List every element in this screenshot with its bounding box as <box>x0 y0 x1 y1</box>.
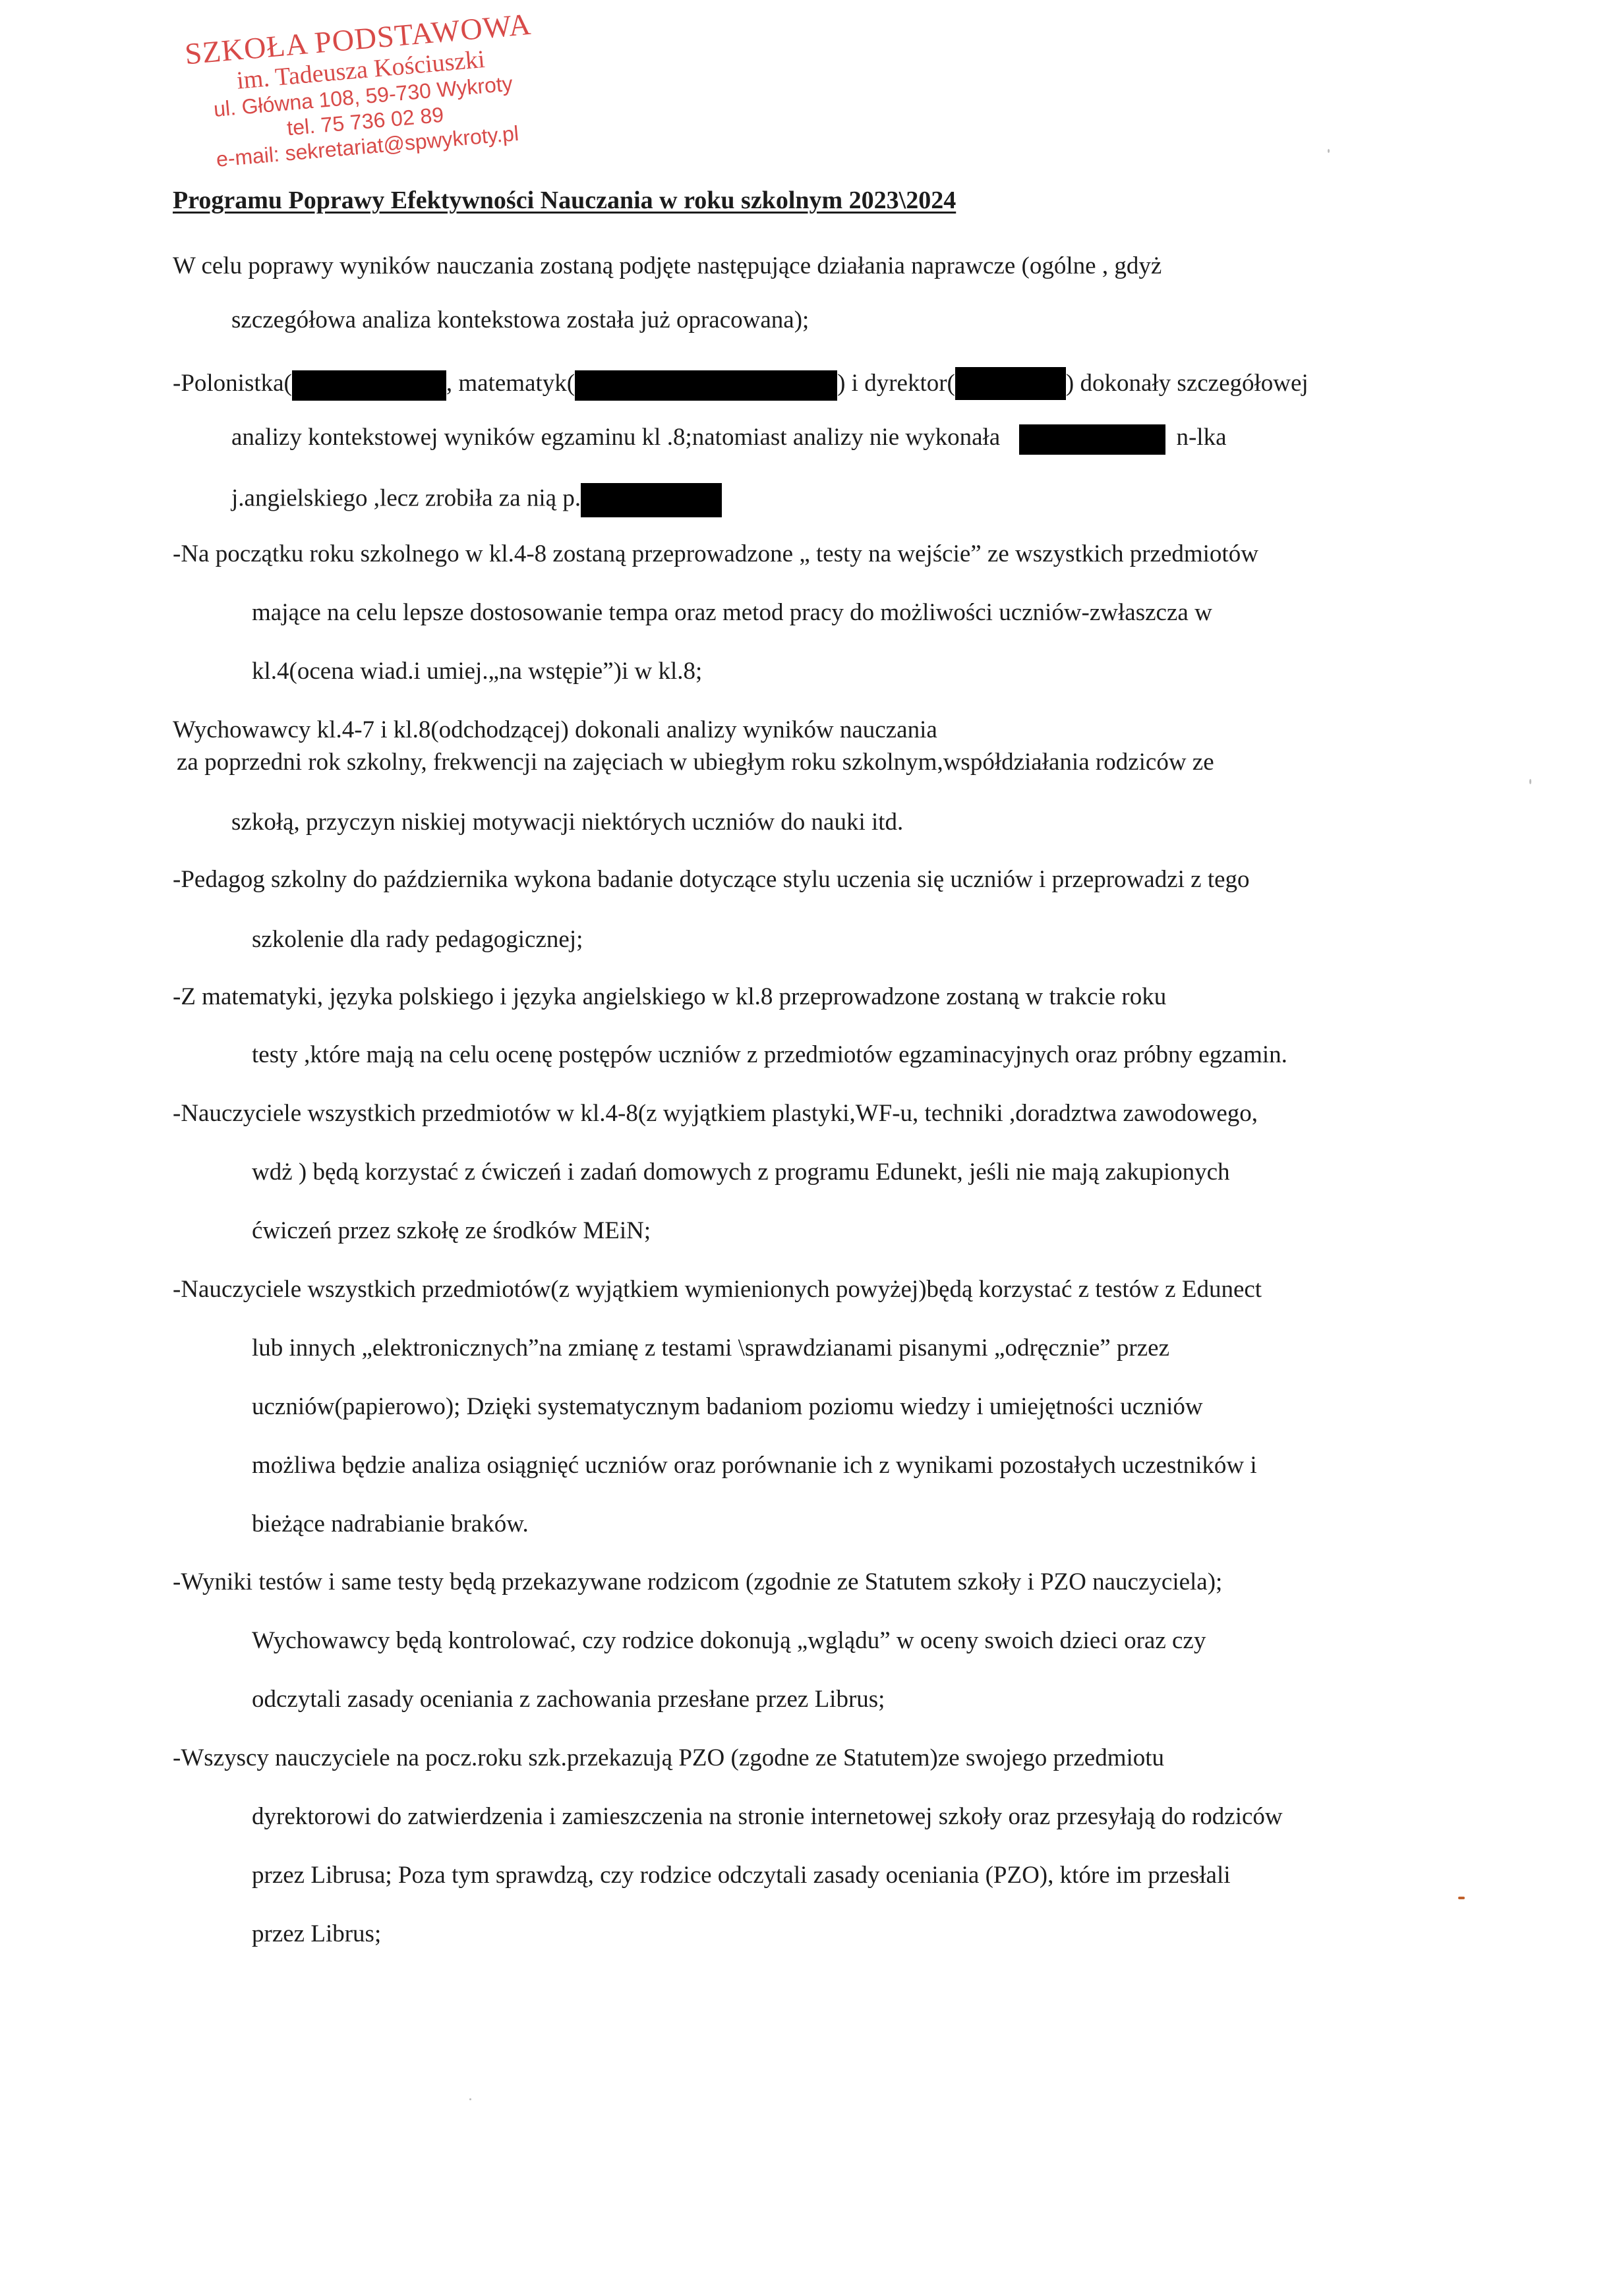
scan-speck <box>1529 779 1531 784</box>
document-title: Programu Poprawy Efektywności Nauczania … <box>173 186 956 215</box>
paragraph-entry-tests-line-3: kl.4(ocena wiad.i umiej.„na wstępie”)i w… <box>252 657 702 686</box>
paragraph-analysis-line-1: -Polonistka(, matematyk() i dyrektor() d… <box>173 367 1309 401</box>
text-analizy: analizy kontekstowej wyników egzaminu kl… <box>231 424 1000 451</box>
paragraph-pedagogue-line-1: -Pedagog szkolny do października wykona … <box>173 865 1250 894</box>
paragraph-analysis-line-3: j.angielskiego ,lecz zrobiła za nią p. <box>231 483 722 517</box>
paragraph-tutors-line-1: Wychowawcy kl.4-7 i kl.8(odchodzącej) do… <box>173 716 937 745</box>
paragraph-results-line-3: odczytali zasady oceniania z zachowania … <box>252 1685 885 1714</box>
paragraph-edunekt-line-3: ćwiczeń przez szkołę ze środków MEiN; <box>252 1217 651 1246</box>
redaction-box <box>581 483 722 517</box>
paragraph-analysis-line-2: analizy kontekstowej wyników egzaminu kl… <box>231 423 1227 455</box>
paragraph-entry-tests-line-2: mające na celu lepsze dostosowanie tempa… <box>252 598 1212 627</box>
redaction-box <box>292 370 446 401</box>
text-angielskiego: j.angielskiego ,lecz zrobiła za nią p. <box>231 484 581 511</box>
scan-mark <box>1458 1897 1465 1899</box>
paragraph-exam-subjects-line-2: testy ,które mają na celu ocenę postępów… <box>252 1041 1287 1070</box>
school-stamp: SZKOŁA PODSTAWOWA im. Tadeusza Kościuszk… <box>173 6 552 175</box>
paragraph-exam-subjects-line-1: -Z matematyki, języka polskiego i języka… <box>173 983 1166 1012</box>
paragraph-tutors-line-2: za poprzedni rok szkolny, frekwencji na … <box>177 748 1214 777</box>
paragraph-results-line-2: Wychowawcy będą kontrolować, czy rodzice… <box>252 1626 1206 1655</box>
text-dokonaly: ) dokonały szczegółowej <box>1066 370 1309 397</box>
paragraph-electronic-tests-line-1: -Nauczyciele wszystkich przedmiotów(z wy… <box>173 1275 1262 1304</box>
paragraph-electronic-tests-line-4: możliwa będzie analiza osiągnięć uczniów… <box>252 1451 1257 1480</box>
text-polonistka: -Polonistka( <box>173 370 292 397</box>
paragraph-edunekt-line-1: -Nauczyciele wszystkich przedmiotów w kl… <box>173 1099 1258 1128</box>
paragraph-entry-tests-line-1: -Na początku roku szkolnego w kl.4-8 zos… <box>173 540 1258 569</box>
paragraph-tutors-line-3: szkołą, przyczyn niskiej motywacji niekt… <box>231 808 903 837</box>
paragraph-results-line-1: -Wyniki testów i same testy będą przekaz… <box>173 1568 1222 1597</box>
text-dyrektor: ) i dyrektor( <box>837 370 955 397</box>
paragraph-pzo-line-2: dyrektorowi do zatwierdzenia i zamieszcz… <box>252 1802 1283 1831</box>
text-n-lka: n-lka <box>1176 424 1226 451</box>
paragraph-pzo-line-1: -Wszyscy nauczyciele na pocz.roku szk.pr… <box>173 1744 1164 1773</box>
paragraph-pzo-line-3: przez Librusa; Poza tym sprawdzą, czy ro… <box>252 1861 1231 1890</box>
text-matematyk: , matematyk( <box>446 370 575 397</box>
paragraph-electronic-tests-line-3: uczniów(papierowo); Dzięki systematyczny… <box>252 1392 1203 1421</box>
paragraph-pedagogue-line-2: szkolenie dla rady pedagogicznej; <box>252 925 583 954</box>
paragraph-pzo-line-4: przez Librus; <box>252 1920 381 1949</box>
paragraph-electronic-tests-line-5: bieżące nadrabianie braków. <box>252 1510 529 1539</box>
redaction-box <box>575 370 837 401</box>
intro-line-2: szczegółowa analiza kontekstowa została … <box>231 306 809 335</box>
intro-line-1: W celu poprawy wyników nauczania zostaną… <box>173 252 1162 281</box>
redaction-box <box>955 367 1066 400</box>
redaction-box <box>1019 424 1165 455</box>
paragraph-edunekt-line-2: wdż ) będą korzystać z ćwiczeń i zadań d… <box>252 1158 1230 1187</box>
scan-speck <box>1328 149 1330 153</box>
paragraph-electronic-tests-line-2: lub innych „elektronicznych”na zmianę z … <box>252 1334 1169 1363</box>
scan-speck <box>469 2098 471 2100</box>
